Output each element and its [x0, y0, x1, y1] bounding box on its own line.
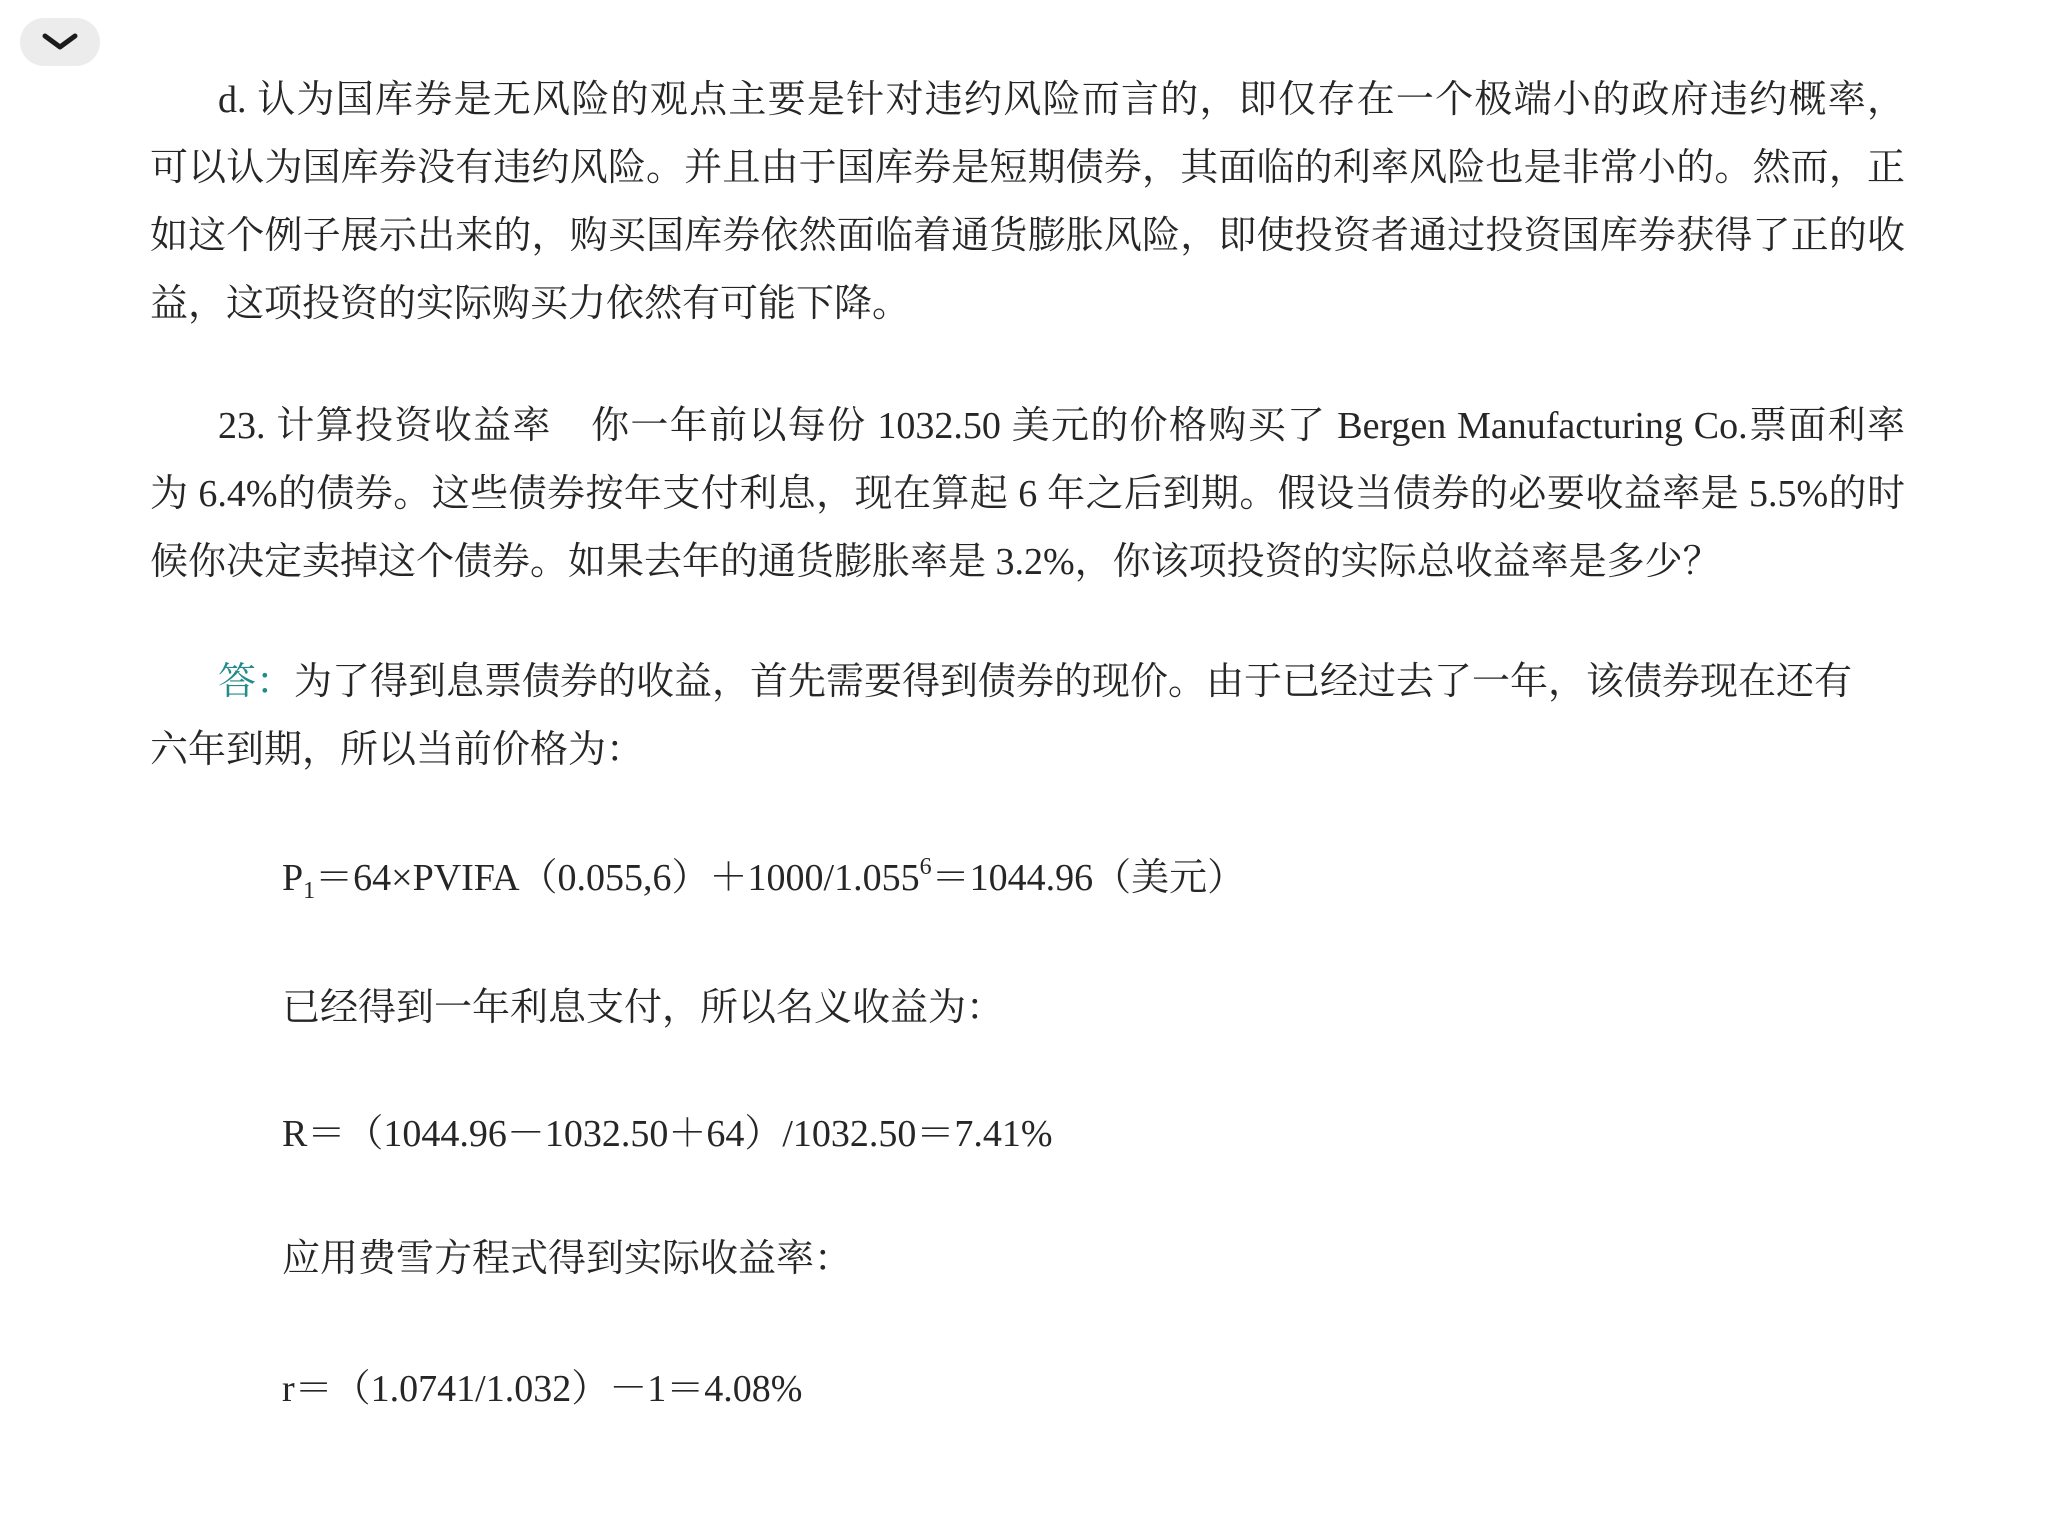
text-line: 如这个例子展示出来的，购买国库券依然面临着通货膨胀风险，即使投资者通过投资国库券… [150, 202, 1905, 270]
paragraph-d: d. 认为国库券是无风险的观点主要是针对违约风险而言的，即仅存在一个极端小的政府… [150, 66, 1905, 338]
text-line: 益，这项投资的实际购买力依然有可能下降。 [150, 270, 1905, 338]
text-line: 已经得到一年利息支付，所以名义收益为： [150, 974, 1905, 1042]
answer-label: 答： [218, 661, 294, 703]
formula-superscript: 6 [920, 854, 932, 880]
formula-subscript: 1 [303, 878, 315, 904]
text-line: 候你决定卖掉这个债券。如果去年的通货膨胀率是 3.2%，你该项投资的实际总收益率… [150, 528, 1905, 596]
paragraph-question-23: 23. 计算投资收益率 你一年前以每份 1032.50 美元的价格购买了 Ber… [150, 392, 1905, 596]
text-line: 六年到期，所以当前价格为： [150, 716, 1905, 784]
document-page: d. 认为国库券是无风险的观点主要是针对违约风险而言的，即仅存在一个极端小的政府… [0, 0, 2048, 1423]
paragraph-answer: 答：为了得到息票债券的收益，首先需要得到债券的现价。由于已经过去了一年，该债券现… [150, 648, 1905, 784]
text-line: d. 认为国库券是无风险的观点主要是针对违约风险而言的，即仅存在一个极端小的政府… [150, 66, 1905, 134]
fisher-equation-intro: 应用费雪方程式得到实际收益率： [150, 1225, 1905, 1293]
text-line: 可以认为国库券没有违约风险。并且由于国库券是短期债券，其面临的利率风险也是非常小… [150, 134, 1905, 202]
formula-tail: ＝1044.96（美元） [932, 857, 1246, 899]
formula-line: R＝（1044.96－1032.50＋64）/1032.50＝7.41% [150, 1100, 1905, 1168]
text-line: 为 6.4%的债券。这些债券按年支付利息，现在算起 6 年之后到期。假设当债券的… [150, 460, 1905, 528]
answer-text: 为了得到息票债券的收益，首先需要得到债券的现价。由于已经过去了一年，该债券现在还… [294, 661, 1852, 703]
text-line: 应用费雪方程式得到实际收益率： [150, 1225, 1905, 1293]
text-line: 答：为了得到息票债券的收益，首先需要得到债券的现价。由于已经过去了一年，该债券现… [150, 648, 1905, 716]
formula-real-return: r＝（1.0741/1.032）－1＝4.08% [150, 1355, 1905, 1423]
text-line: 23. 计算投资收益率 你一年前以每份 1032.50 美元的价格购买了 Ber… [150, 392, 1905, 460]
formula-nominal-return: R＝（1044.96－1032.50＋64）/1032.50＝7.41% [150, 1100, 1905, 1168]
formula-line: P1＝64×PVIFA（0.055,6）＋1000/1.0556＝1044.96… [150, 844, 1905, 912]
formula-mid: ＝64×PVIFA（0.055,6）＋1000/1.055 [315, 857, 919, 899]
formula-line: r＝（1.0741/1.032）－1＝4.08% [150, 1355, 1905, 1423]
formula-price: P1＝64×PVIFA（0.055,6）＋1000/1.0556＝1044.96… [150, 844, 1905, 912]
formula-base: P [282, 857, 303, 899]
nominal-return-intro: 已经得到一年利息支付，所以名义收益为： [150, 974, 1905, 1042]
